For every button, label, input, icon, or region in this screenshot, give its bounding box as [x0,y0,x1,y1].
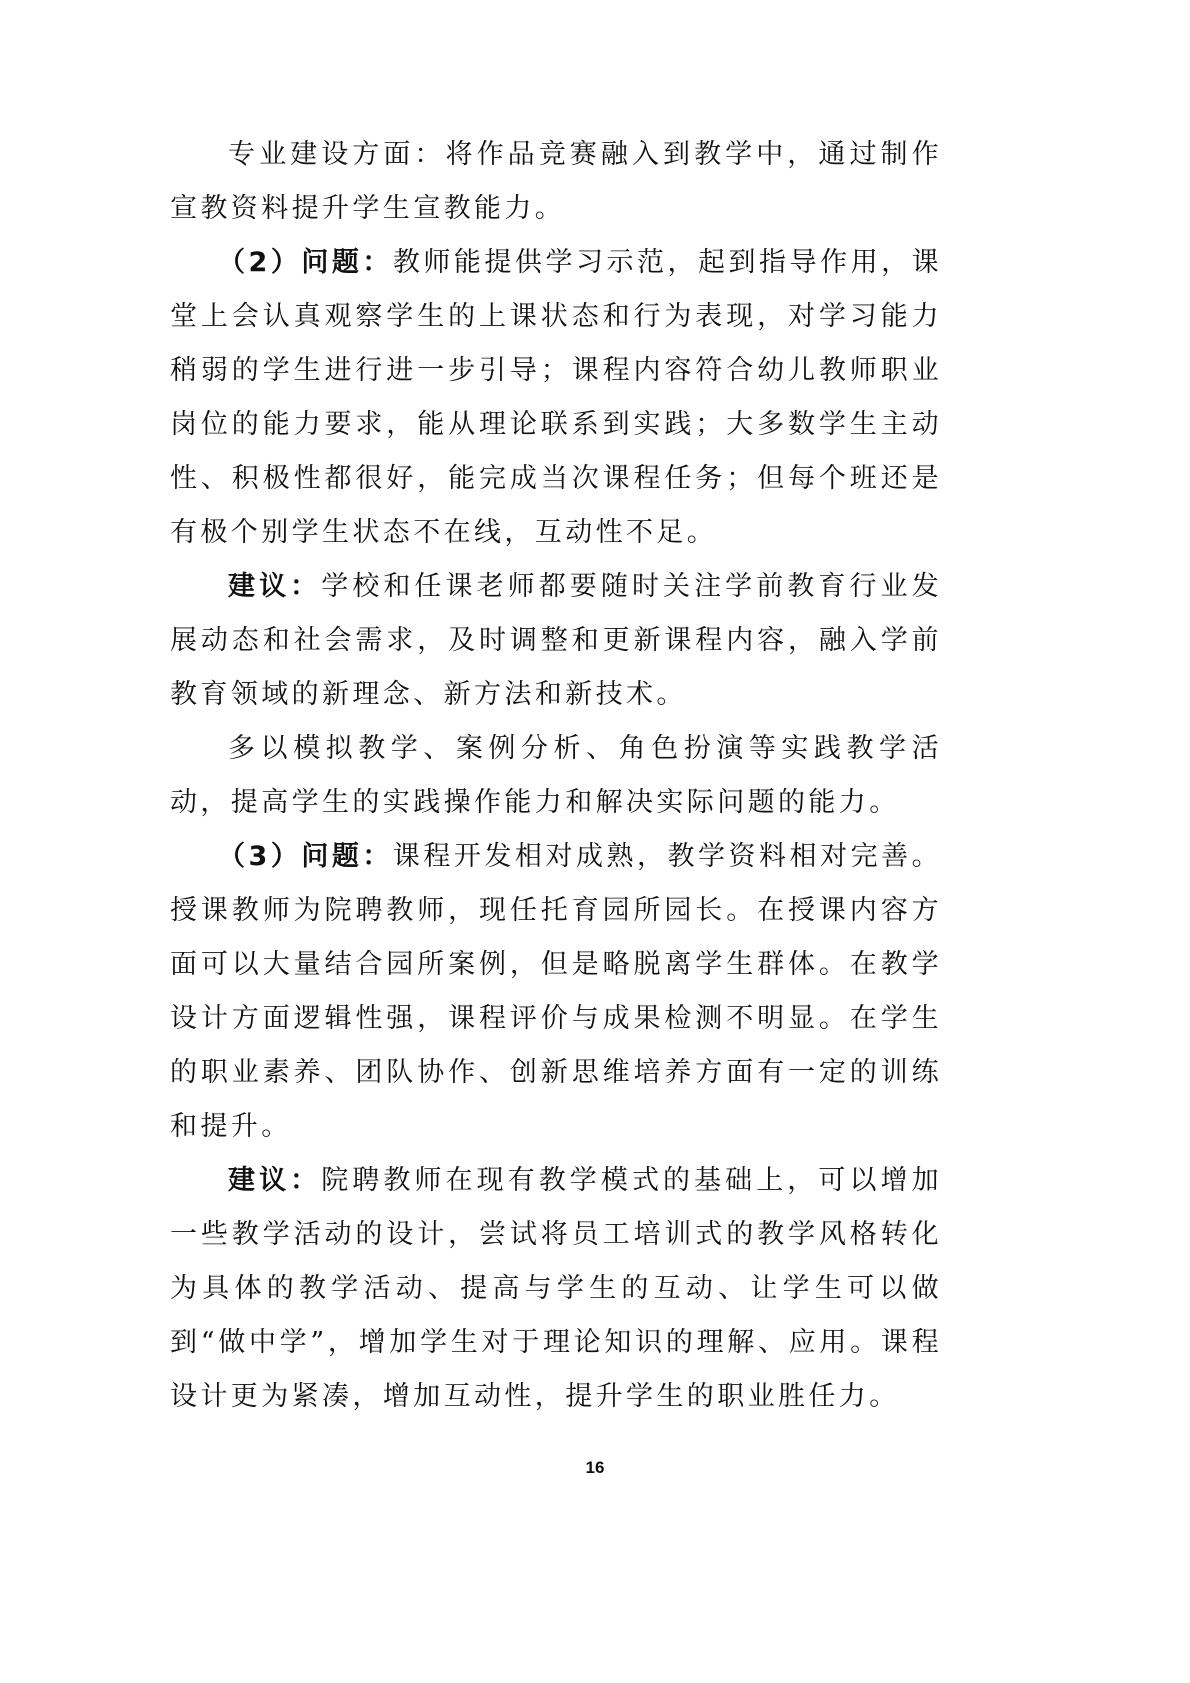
problem-label: （2）问题： [218,247,393,278]
paragraph-suggestion-2: 建议：学校和任课老师都要随时关注学前教育行业发展动态和社会需求，及时调整和更新课… [170,560,942,722]
paragraph-text: 教师能提供学习示范，起到指导作用，课堂上会认真观察学生的上课状态和行为表现，对学… [170,247,942,548]
problem-label: （3）问题： [218,841,393,872]
paragraph-text: 专业建设方面：将作品竞赛融入到教学中，通过制作宣教资料提升学生宣教能力。 [170,139,942,224]
paragraph-suggestion-3: 建议：院聘教师在现有教学模式的基础上，可以增加一些教学活动的设计，尝试将员工培训… [170,1154,942,1424]
paragraph-specialty-construction: 专业建设方面：将作品竞赛融入到教学中，通过制作宣教资料提升学生宣教能力。 [170,128,942,236]
page-number: 16 [0,1458,1190,1478]
paragraph-problem-3: （3）问题：课程开发相对成熟，教学资料相对完善。授课教师为院聘教师，现任托育园所… [170,830,942,1154]
paragraph-problem-2: （2）问题：教师能提供学习示范，起到指导作用，课堂上会认真观察学生的上课状态和行… [170,236,942,560]
suggestion-label: 建议： [228,571,321,602]
document-body: 专业建设方面：将作品竞赛融入到教学中，通过制作宣教资料提升学生宣教能力。 （2）… [170,128,942,1424]
paragraph-text: 多以模拟教学、案例分析、角色扮演等实践教学活动，提高学生的实践操作能力和解决实际… [170,733,942,818]
paragraph-text: 院聘教师在现有教学模式的基础上，可以增加一些教学活动的设计，尝试将员工培训式的教… [170,1165,942,1412]
paragraph-practice-teaching: 多以模拟教学、案例分析、角色扮演等实践教学活动，提高学生的实践操作能力和解决实际… [170,722,942,830]
suggestion-label: 建议： [228,1165,321,1196]
paragraph-text: 课程开发相对成熟，教学资料相对完善。授课教师为院聘教师，现任托育园所园长。在授课… [170,841,942,1142]
